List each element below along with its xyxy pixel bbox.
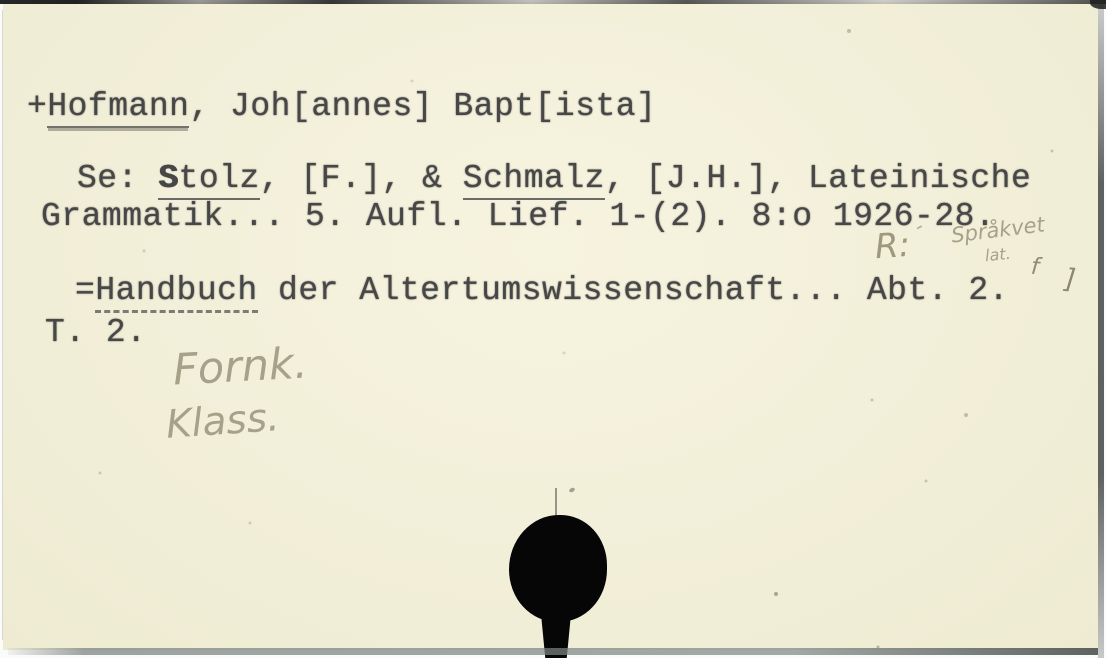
reference-line: Se: Stolz, [F.], & Schmalz, [J.H.], Late… xyxy=(77,160,1031,198)
reference-between: , [F.], & xyxy=(260,160,463,197)
heading-forenames: , Joh[annes] Bapt[ista] xyxy=(189,88,656,125)
title-line: Grammatik... 5. Aufl. Lief. 1-(2). 8:o 1… xyxy=(41,198,995,236)
heading-line: +Hofmann, Joh[annes] Bapt[ista] xyxy=(27,88,656,126)
pencil-shelf-label: R: xyxy=(874,225,912,267)
series-equals: = xyxy=(75,272,95,309)
scan-left-edge xyxy=(2,10,3,640)
series-tail: der Altertumswissenschaft... Abt. 2. xyxy=(258,272,1009,309)
pencil-bracket-mark: ] xyxy=(1063,264,1077,296)
reference-tail: , [J.H.], Lateinische xyxy=(605,160,1031,197)
series-name: Handbuch xyxy=(95,272,257,313)
author1-initial: S xyxy=(158,160,178,200)
scan-right-edge xyxy=(1098,0,1104,658)
scan-background: +Hofmann, Joh[annes] Bapt[ista] Se: Stol… xyxy=(0,0,1106,658)
scan-top-edge xyxy=(0,0,1106,4)
pencil-subject-sub: lat. xyxy=(984,244,1011,265)
pencil-superscript-mark: f xyxy=(1030,254,1040,281)
catalog-card: +Hofmann, Joh[annes] Bapt[ista] Se: Stol… xyxy=(3,2,1098,650)
scan-bottom-edge xyxy=(8,648,1098,655)
author2-name: Schmalz xyxy=(463,160,605,200)
volume-line: T. 2. xyxy=(45,314,147,352)
pencil-note-fornk: Fornk. xyxy=(172,339,309,396)
pencil-note-klass: Klass. xyxy=(165,395,281,448)
heading-surname: Hofmann xyxy=(47,88,189,128)
author1-name: tolz xyxy=(179,160,260,200)
crease-speck xyxy=(568,487,575,493)
series-line: =Handbuch der Altertumswissenschaft... A… xyxy=(75,272,1009,310)
reference-lead: Se: xyxy=(77,160,158,197)
heading-prefix: + xyxy=(27,88,47,125)
